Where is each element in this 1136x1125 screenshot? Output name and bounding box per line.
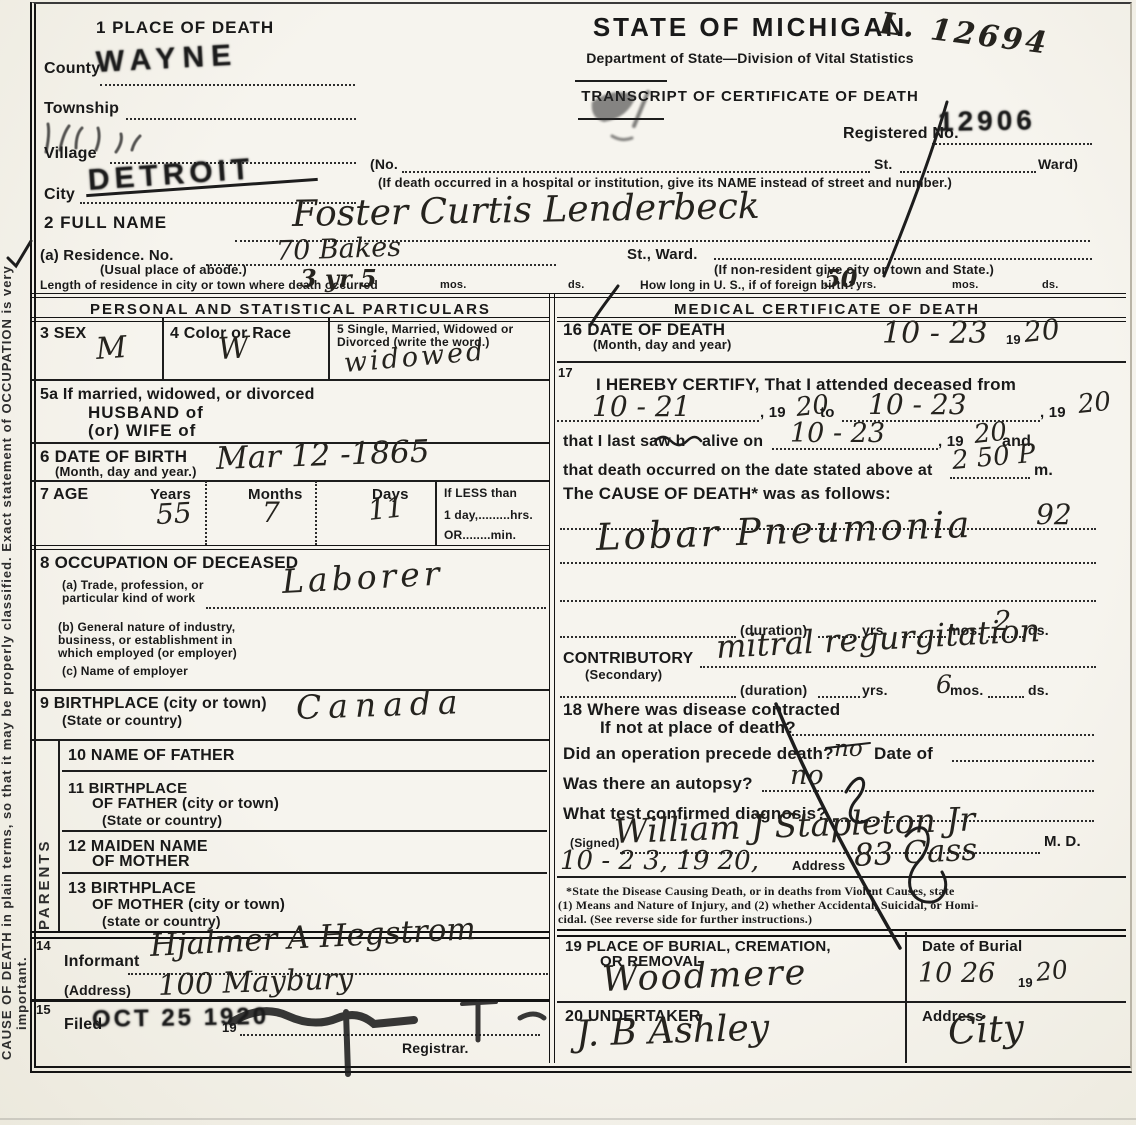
q18-label2: If not at place of death? (600, 718, 796, 738)
parents-label: PARENTS (36, 768, 53, 930)
rule-under-dept (575, 80, 667, 82)
signature-bottom (557, 876, 1126, 878)
burial-row-bottom (557, 1001, 1126, 1003)
age-less-label: If LESS than (444, 486, 517, 500)
village-label: Village (44, 145, 97, 163)
father-bp-label2: OF FATHER (city or town) (92, 795, 279, 812)
birthplace-sub-label: (State or country) (62, 712, 182, 728)
duration-lead-line (560, 636, 736, 638)
father-name-line (62, 770, 547, 772)
ward-label: Ward) (1038, 156, 1078, 172)
age-div2 (315, 481, 317, 545)
color-race-value: W (217, 330, 250, 367)
row345-bottom (32, 379, 549, 381)
sex-value: M (95, 330, 128, 367)
autopsy-value: no (790, 760, 824, 791)
st-ward-line (714, 258, 1092, 260)
registered-no-stamp: 12906 (938, 104, 1036, 138)
length-residence-value: 3 yr 5 (300, 264, 377, 293)
contributory-label: CONTRIBUTORY (563, 650, 693, 668)
row6-bottom (32, 480, 549, 482)
mother-name-label2: OF MOTHER (92, 853, 190, 871)
duration2-mos-label: mos. (950, 682, 983, 698)
operation-date-label: Date of (874, 744, 933, 764)
city-label: City (44, 186, 75, 204)
time-m-label: m. (1034, 462, 1053, 480)
date-of-death-value: 10 - 23 (882, 316, 988, 351)
duration2-label: (duration) (740, 682, 807, 698)
length-mos-label: mos. (440, 279, 466, 291)
personal-section-title: PERSONAL AND STATISTICAL PARTICULARS (32, 301, 549, 318)
header-separator (30, 293, 1126, 298)
informant-label: Informant (64, 953, 140, 971)
us-ds-label: ds. (1042, 279, 1059, 291)
ward-line (900, 171, 1036, 173)
sex-color-divider (162, 318, 164, 380)
burial-date-19: 19 (1018, 975, 1033, 990)
abode-note: (Usual place of abode.) (100, 262, 247, 277)
street-line (402, 171, 870, 173)
informant-address-label: (Address) (64, 982, 131, 998)
row9-bottom (32, 739, 549, 741)
duration2-ds-label: ds. (1028, 682, 1049, 698)
undertaker-value: J. B Ashley (575, 1007, 770, 1055)
registrar-label: Registrar. (402, 1040, 469, 1056)
mother-bp-label2: OF MOTHER (city or town) (92, 896, 285, 913)
dob-value: Mar 12 -1865 (215, 434, 430, 477)
father-bp-line (62, 830, 547, 832)
time-line (950, 477, 1030, 479)
age-div3 (435, 481, 437, 545)
county-label: County (44, 60, 100, 78)
husband-label: HUSBAND of (88, 403, 204, 423)
row8-bottom (32, 689, 549, 691)
sex-label: 3 SEX (40, 325, 86, 343)
mother-name-line (62, 872, 547, 874)
birthplace-label: 9 BIRTHPLACE (city or town) (40, 695, 267, 713)
margin-note-line1: CAUSE OF DEATH in plain terms, so that i… (0, 30, 14, 1060)
date-of-death-19: 19 (1006, 332, 1021, 347)
burial-date-divider (905, 932, 907, 1063)
certify-from-19: , 19 (760, 404, 786, 421)
registered-no-line (932, 143, 1092, 145)
st-label: St. (874, 156, 893, 172)
duration2-seg3 (988, 696, 1024, 698)
residence-line (206, 264, 556, 266)
place-of-death-title: 1 PLACE OF DEATH (96, 18, 274, 38)
birthplace-value: Canada (295, 682, 465, 727)
last-saw-label: that I last saw h (563, 433, 686, 451)
filed-num: 15 (36, 1002, 51, 1017)
date-of-death-sub: (Month, day and year) (593, 337, 732, 352)
duration2-yrs-label: yrs. (862, 682, 888, 698)
no-label: (No. (370, 156, 398, 172)
cause-label: The CAUSE OF DEATH* was as follows: (563, 484, 891, 504)
length-ds-label: ds. (568, 279, 585, 291)
column-divider (549, 293, 555, 1063)
sign-date-value: 10 - 2 3, 19 20, (560, 846, 759, 876)
burial-date-value: 10 26 (918, 958, 995, 989)
sign-address-value: 83 Cass (853, 832, 978, 874)
row14-bottom (32, 999, 549, 1002)
wife-label: (or) WIFE of (88, 421, 196, 441)
father-name-label: 10 NAME OF FATHER (68, 747, 235, 765)
marital-label-1: 5 Single, Married, Widowed or (337, 322, 513, 336)
death-certificate-scan: CAUSE OF DEATH in plain terms, so that i… (0, 0, 1136, 1125)
occupation-b-label1: (b) General nature of industry, (58, 620, 235, 634)
occupation-b-label2: business, or establishment in (58, 633, 233, 647)
footnote-line1: *State the Disease Causing Death, or in … (566, 884, 954, 899)
operation-date-line (952, 760, 1094, 762)
duration2-seg1 (818, 696, 860, 698)
burial-value: Woodmere (601, 953, 808, 1000)
date-of-death-year: 20 (1022, 312, 1061, 349)
footnote-line3: cidal. (See reverse side for further ins… (558, 912, 812, 927)
margin-note-line2: important. (14, 880, 29, 1030)
md-label: M. D. (1044, 833, 1081, 850)
cause-line3 (560, 600, 1096, 602)
transcript-title: TRANSCRIPT OF CERTIFICATE OF DEATH (540, 88, 960, 105)
contributory-line (700, 666, 1096, 668)
burial-date-label: Date of Burial (922, 938, 1022, 955)
filed-year-label: 19 (222, 1020, 237, 1035)
medical-bottom (557, 929, 1126, 937)
certify-num: 17 (558, 365, 573, 380)
us-yrs-label: yrs. (856, 279, 876, 291)
occupation-a-label2: particular kind of work (62, 591, 195, 605)
last-saw-value: 10 - 23 (790, 418, 885, 449)
st-ward-label: St., Ward. (627, 246, 698, 263)
occupation-b-label3: which employed (or employer) (58, 646, 237, 660)
full-name-label: 2 FULL NAME (44, 213, 167, 233)
certify-to-year: 20 (1076, 387, 1112, 420)
age-hrs-label: 1 day,.........hrs. (444, 508, 533, 522)
informant-address-value: 100 Maybury (157, 961, 354, 1002)
operation-value: no (834, 736, 863, 762)
age-years-value: 55 (155, 496, 192, 531)
age-div1 (205, 481, 207, 545)
burial-date-year: 20 (1034, 955, 1069, 987)
us-mos-label: mos. (952, 279, 978, 291)
medical-section-title: MEDICAL CERTIFICATE OF DEATH (557, 301, 1097, 318)
sign-address-label: Address (792, 858, 845, 873)
row7-bottom (32, 545, 549, 550)
certify-to-19: , 19 (1040, 404, 1066, 421)
occupation-a-line (206, 607, 546, 609)
row16-bottom (557, 361, 1126, 363)
death-occurred-label: that death occurred on the date stated a… (563, 462, 932, 480)
duration2-lead-line (560, 696, 736, 698)
informant-num: 14 (36, 938, 51, 953)
residence-handwritten: 70 Bakes (275, 232, 401, 267)
alive-on-label: alive on (702, 433, 763, 451)
color-marital-divider (328, 318, 330, 380)
dob-sub-label: (Month, day and year.) (55, 464, 197, 479)
filed-line (240, 1034, 540, 1036)
filed-date-stamp: OCT 25 1920 (92, 1003, 270, 1034)
q18-label1: 18 Where was disease contracted (563, 700, 840, 720)
cause-code-value: 92 (1036, 498, 1072, 531)
age-days-value: 11 (366, 490, 405, 527)
age-min-label: OR........min. (444, 528, 516, 542)
undertaker-address-value: City (947, 1006, 1025, 1053)
certify-to-value: 10 - 23 (868, 388, 967, 421)
certify-from-value: 10 - 21 (592, 390, 691, 423)
full-name-handwritten: Foster Curtis Lenderbeck (292, 186, 760, 235)
age-months-value: 7 (262, 496, 280, 529)
married-label: 5a If married, widowed, or divorced (40, 386, 315, 404)
autopsy-label: Was there an autopsy? (563, 774, 753, 794)
dept-subtitle: Department of State—Division of Vital St… (540, 50, 960, 66)
footnote-line2: (1) Means and Nature of Injury, and (2) … (558, 898, 979, 913)
us-long-value: 50 (824, 264, 857, 293)
rule-under-transcript (578, 118, 664, 120)
cause-line2 (560, 562, 1096, 564)
parents-strip-divider (58, 739, 60, 933)
occupation-c-label: (c) Name of employer (62, 664, 188, 678)
secondary-label: (Secondary) (585, 667, 662, 682)
occupation-label: 8 OCCUPATION OF DECEASED (40, 553, 298, 573)
township-label: Township (44, 100, 119, 118)
occupation-a-label1: (a) Trade, profession, or (62, 578, 204, 592)
county-line (100, 84, 355, 86)
father-bp-label3: (State or country) (102, 812, 222, 828)
age-label: 7 AGE (40, 486, 88, 504)
township-line (126, 118, 356, 120)
